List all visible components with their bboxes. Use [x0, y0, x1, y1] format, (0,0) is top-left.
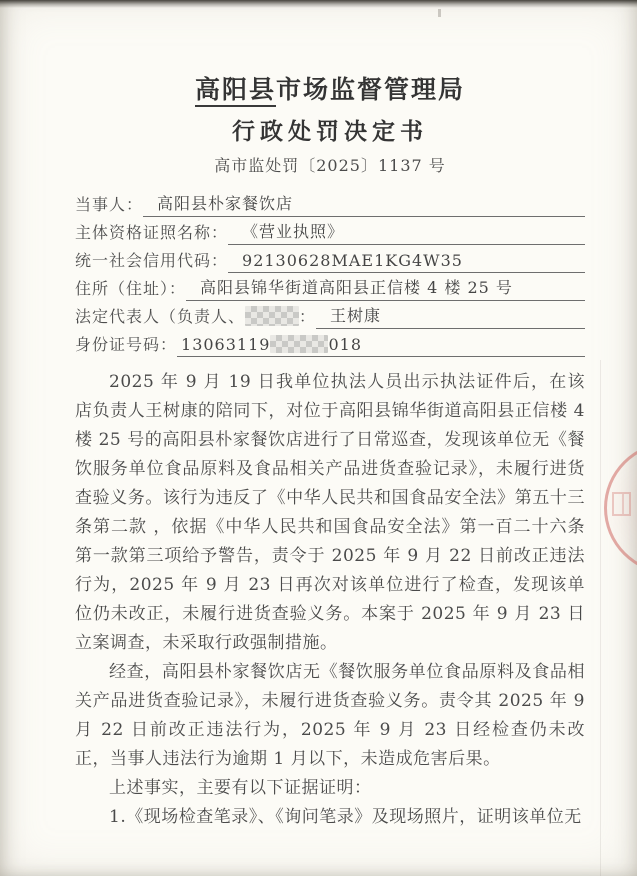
field-label: 主体资格证照名称： [75, 220, 228, 245]
party-info-fields: 当事人： 高阳县朴家餐饮店 主体资格证照名称： 《营业执照》 统一社会信用代码：… [75, 189, 585, 357]
seal-character-mark [612, 492, 631, 516]
field-label: 住所（住址）： [75, 276, 186, 301]
field-value: 13063119018 [177, 335, 585, 357]
field-value: 高阳县朴家餐饮店 [143, 191, 585, 217]
body-paragraph-investigation: 经查，高阳县朴家餐饮店无《餐饮服务单位食品原料及食品相关产品进货查验记录》，未履… [75, 658, 585, 774]
scanned-document-page: 高阳县市场监督管理局 行政处罚决定书 高市监处罚〔2025〕1137 号 当事人… [0, 0, 637, 876]
field-row-party: 当事人： 高阳县朴家餐饮店 [75, 189, 585, 217]
document-content: 高阳县市场监督管理局 行政处罚决定书 高市监处罚〔2025〕1137 号 当事人… [75, 0, 585, 832]
field-value: 高阳县锦华街道高阳县正信楼 4 楼 25 号 [186, 275, 585, 301]
document-number: 高市监处罚〔2025〕1137 号 [75, 153, 585, 176]
document-title: 高阳县市场监督管理局 [75, 70, 585, 106]
field-value: 92130628MAE1KG4W35 [228, 251, 585, 273]
body-paragraph-facts: 2025 年 9 月 19 日我单位执法人员出示执法证件后，在该店负责人王树康的… [75, 368, 585, 658]
title-underlined-part: 高阳县 [195, 75, 276, 107]
field-row-id-number: 身份证号码： 13063119018 [75, 329, 585, 357]
field-value: 王树康 [316, 303, 585, 329]
redaction-mosaic [270, 335, 328, 353]
field-label: 统一社会信用代码： [75, 248, 228, 273]
field-value: 《营业执照》 [228, 219, 585, 245]
document-subtitle: 行政处罚决定书 [75, 113, 585, 146]
field-row-credit-code: 统一社会信用代码： 92130628MAE1KG4W35 [75, 245, 585, 273]
field-row-address: 住所（住址）： 高阳县锦华街道高阳县正信楼 4 楼 25 号 [75, 273, 585, 301]
title-rest-part: 市场监督管理局 [276, 75, 465, 104]
decision-body-text: 2025 年 9 月 19 日我单位执法人员出示执法证件后，在该店负责人王树康的… [75, 368, 585, 832]
field-row-license-name: 主体资格证照名称： 《营业执照》 [75, 217, 585, 245]
body-paragraph-evidence-intro: 上述事实，主要有以下证据证明： [75, 774, 585, 803]
field-label: 当事人： [75, 192, 143, 217]
field-row-legal-representative: 法定代表人（负责人、： 王树康 [75, 301, 585, 329]
scan-fold-line [600, 360, 601, 876]
field-label: 法定代表人（负责人、： [75, 304, 316, 329]
body-paragraph-evidence-item-1: 1.《现场检查笔录》、《询问笔录》及现场照片，证明该单位无 [75, 803, 585, 832]
redaction-mosaic [245, 306, 299, 326]
official-seal-partial [604, 442, 637, 574]
field-label: 身份证号码： [75, 332, 177, 357]
